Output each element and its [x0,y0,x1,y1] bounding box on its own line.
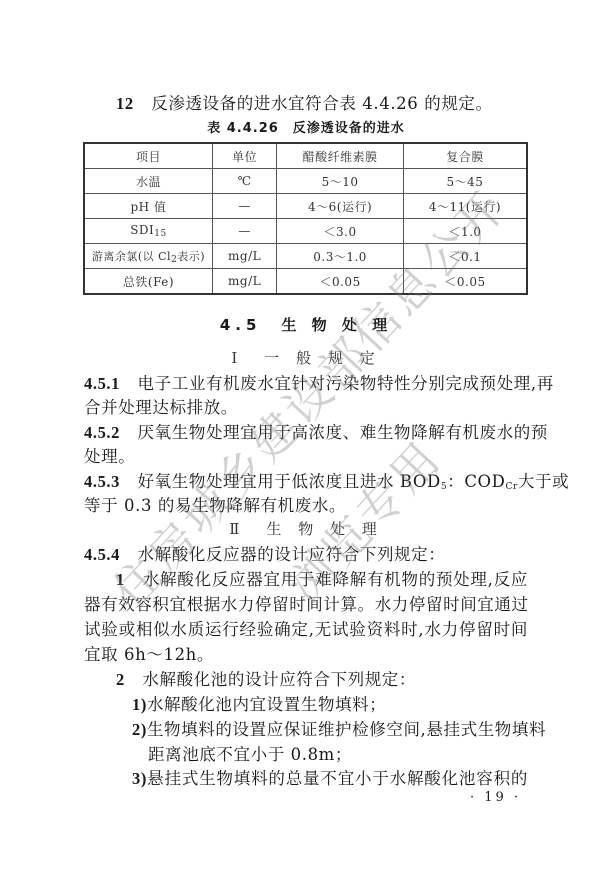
table-row: 总铁(Fe) mg/L ＜0.05 ＜0.05 [84,269,527,295]
table-cell: — [212,194,276,219]
clause-4-5-2-line2: 处理。 [84,445,528,469]
table-row: SDI15 — ＜3.0 ＜1.0 [84,219,527,244]
subitem-1: 1)水解酸化池内宜设置生物填料； [132,693,528,717]
item-number: 1 [116,570,125,589]
sdi-label: SDI [130,223,154,237]
subitem-number: 2) [132,720,147,739]
table-cell: ＜0.05 [277,269,404,295]
item-2: 2 水解酸化池的设计应符合下列规定： [116,668,560,692]
chlorine-label: 游离余氯(以 Cl [92,250,171,263]
clause-number: 4.5.2 [84,423,120,442]
table-cell: 总铁(Fe) [84,269,212,295]
table-cell: ＜3.0 [277,219,404,244]
clause-text: 大于或 [518,472,569,491]
table-cell: 游离余氯(以 Cl2表示) [84,244,212,269]
table-cell: ＜0.05 [403,269,527,295]
header-cell: 单位 [212,143,276,169]
item-text: 反渗透设备的进水宜符合表 4.4.26 的规定。 [151,94,492,113]
table-cell: 5～45 [403,169,527,194]
table-cell: SDI15 [84,219,212,244]
subitem-2-line1: 2)生物填料的设置应保证维护检修空间,悬挂式生物填料 [132,718,528,742]
document-page: 12 反渗透设备的进水宜符合表 4.4.26 的规定。 表 4.4.26 反渗透… [0,0,600,870]
clause-number: 4.5.3 [84,472,120,491]
table-cell: ＜0.1 [403,244,527,269]
table-cell: 4～6(运行) [277,194,404,219]
clause-text: 厌氧生物处理宜用于高浓度、难生物降解有机废水的预 [138,423,548,442]
subitem-number: 3) [132,769,147,788]
item-text: 水解酸化反应器宜用于难降解有机物的预处理,反应 [143,570,528,589]
table-cell: pH 值 [84,194,212,219]
chlorine-label-suffix: 表示) [177,250,205,263]
table-cell: mg/L [212,269,276,295]
item-text: 水解酸化池的设计应符合下列规定： [142,670,416,689]
cod-subscript: Cr [506,482,518,492]
subitem-text: 水解酸化池内宜设置生物填料； [147,695,386,714]
header-cell: 项目 [84,143,212,169]
table-cell: 水温 [84,169,212,194]
clause-number: 4.5.4 [84,545,120,564]
table-caption: 表 4.4.26 反渗透设备的进水 [84,117,528,136]
table-cell: mg/L [212,244,276,269]
table-cell: ＜1.0 [403,219,527,244]
subitem-text: 生物填料的设置应保证维护检修空间,悬挂式生物填料 [147,720,546,739]
table-cell: 4～11(运行) [403,194,527,219]
clause-text: 电子工业有机废水宜针对污染物特性分别完成预处理,再 [138,374,554,393]
table-cell: — [212,219,276,244]
table-cell: 0.3～1.0 [277,244,404,269]
page-number: · 19 · [470,790,521,805]
item-number: 12 [116,94,134,113]
clause-4-5-1-line1: 4.5.1 电子工业有机废水宜针对污染物特性分别完成预处理,再 [84,372,528,396]
table-cell: 5～10 [277,169,404,194]
subsection-title-general: Ⅰ 一 般 规 定 [84,347,528,368]
header-cell: 复合膜 [403,143,527,169]
table-cell: ℃ [212,169,276,194]
clause-text: 水解酸化反应器的设计应符合下列规定： [138,545,446,564]
item-number: 2 [116,670,125,689]
header-cell: 醋酸纤维素膜 [277,143,404,169]
clause-text: ：COD [447,472,505,491]
item-1-line3: 试验或相似水质运行经验确定,无试验资料时,水力停留时间 [84,618,528,642]
subitem-2-line2: 距离池底不宜小于 0.8m； [148,743,528,767]
subsection-title-biological: Ⅱ 生 物 处 理 [84,518,528,539]
sdi-subscript: 15 [154,229,166,239]
section-title: 4.5 生 物 处 理 [84,314,528,335]
table-row: 游离余氯(以 Cl2表示) mg/L 0.3～1.0 ＜0.1 [84,244,527,269]
item-12: 12 反渗透设备的进水宜符合表 4.4.26 的规定。 [116,92,536,116]
clause-4-5-1-line2: 合并处理达标排放。 [84,396,528,420]
subitem-text: 悬挂式生物填料的总量不宜小于水解酸化池容积的 [147,769,528,788]
table-row: pH 值 — 4～6(运行) 4～11(运行) [84,194,527,219]
subitem-3: 3)悬挂式生物填料的总量不宜小于水解酸化池容积的 [132,767,528,791]
ro-feedwater-table: 项目 单位 醋酸纤维素膜 复合膜 水温 ℃ 5～10 5～45 pH 值 — 4… [83,142,528,295]
table-header-row: 项目 单位 醋酸纤维素膜 复合膜 [84,143,527,169]
clause-number: 4.5.1 [84,374,120,393]
clause-4-5-2-line1: 4.5.2 厌氧生物处理宜用于高浓度、难生物降解有机废水的预 [84,421,528,445]
item-1-line1: 1 水解酸化反应器宜用于难降解有机物的预处理,反应 [116,568,528,592]
clause-text: 好氧生物处理宜用于低浓度且进水 BOD [138,472,441,491]
subitem-number: 1) [132,695,147,714]
item-1-line2: 器有效容积宜根据水力停留时间计算。水力停留时间宜通过 [84,593,528,617]
table-row: 水温 ℃ 5～10 5～45 [84,169,527,194]
item-1-line4: 宜取 6h～12h。 [84,643,528,667]
clause-4-5-3-line2: 等于 0.3 的易生物降解有机废水。 [84,494,528,518]
clause-4-5-4: 4.5.4 水解酸化反应器的设计应符合下列规定： [84,543,528,567]
